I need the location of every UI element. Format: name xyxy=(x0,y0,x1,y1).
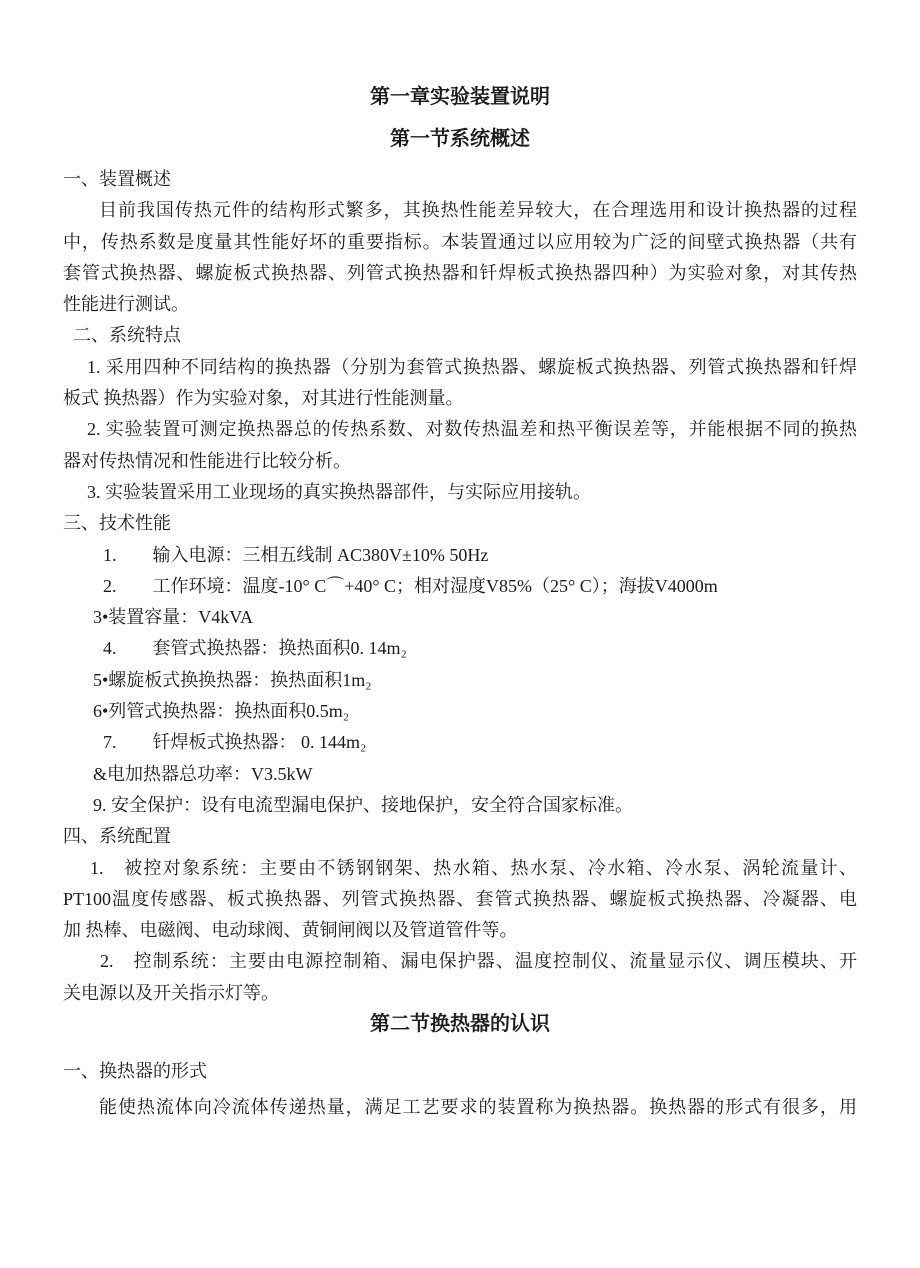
spec-line: 1. 输入电源：三相五线制 AC380V±10% 50Hz xyxy=(63,540,857,571)
overview-line: 套管式换热器、螺旋板式换热器、列管式换热器和钎焊板式换热器四种）为实验对象，对其… xyxy=(63,258,857,289)
config-line: 2. 控制系统：主要由电源控制箱、漏电保护器、温度控制仪、流量显示仪、调压模块、… xyxy=(63,946,857,977)
features-line: 3. 实验装置采用工业现场的真实换热器部件，与实际应用接轨。 xyxy=(63,477,857,508)
config-line: 关电源以及开关指示灯等。 xyxy=(63,978,857,1009)
form-subheading: 一、换热器的形式 xyxy=(63,1056,857,1087)
config-line: 加 热棒、电磁阀、电动球阀、黄铜闸阀以及管道管件等。 xyxy=(63,915,857,946)
spec-line: &电加热器总功率：V3.5kW xyxy=(63,759,857,790)
config-subheading: 四、系统配置 xyxy=(63,821,857,852)
spec-line: 3•装置容量：V4kVA xyxy=(63,602,857,633)
chapter-heading: 第一章实验装置说明 xyxy=(63,81,857,113)
spec-line: 7. 钎焊板式换热器： 0. 144m₂ xyxy=(63,727,857,758)
overview-line: 目前我国传热元件的结构形式繁多，其换热性能差异较大，在合理选用和设计换热器的过程 xyxy=(63,195,857,226)
features-line: 2. 实验装置可测定换热器总的传热系数、对数传热温差和热平衡误差等，并能根据不同… xyxy=(63,414,857,445)
specs-subheading: 三、技术性能 xyxy=(63,508,857,539)
form-line: 能使热流体向冷流体传递热量，满足工艺要求的装置称为换热器。换热器的形式有很多，用 xyxy=(63,1092,857,1123)
spec-line: 5•螺旋板式换换热器：换热面积1m₂ xyxy=(63,665,857,696)
overview-line: 性能进行测试。 xyxy=(63,289,857,320)
features-line: 板式 换热器）作为实验对象，对其进行性能测量。 xyxy=(63,383,857,414)
spec-line: 9. 安全保护：设有电流型漏电保护、接地保护，安全符合国家标准。 xyxy=(63,790,857,821)
spec-line: 4. 套管式换热器：换热面积0. 14m₂ xyxy=(63,633,857,664)
section2-heading: 第二节换热器的认识 xyxy=(63,1009,857,1040)
features-subheading: 二、系统特点 xyxy=(63,320,857,351)
overview-subheading: 一、装置概述 xyxy=(63,164,857,195)
config-line: 1. 被控对象系统：主要由不锈钢钢架、热水箱、热水泵、冷水箱、冷水泵、涡轮流量计… xyxy=(63,853,857,884)
config-line: PT100温度传感器、板式换热器、列管式换热器、套管式换热器、螺旋板式换热器、冷… xyxy=(63,884,857,915)
section1-heading: 第一节系统概述 xyxy=(63,123,857,155)
spec-line: 2. 工作环境：温度-10° C⌒+40° C；相对湿度V85%（25° C）；… xyxy=(63,571,857,602)
features-line: 器对传热情况和性能进行比较分析。 xyxy=(63,446,857,477)
overview-line: 中，传热系数是度量其性能好坏的重要指标。本装置通过以应用较为广泛的间壁式换热器（… xyxy=(63,227,857,258)
features-line: 1. 采用四种不同结构的换热器（分别为套管式换热器、螺旋板式换热器、列管式换热器… xyxy=(63,352,857,383)
document-page: 第一章实验装置说明 第一节系统概述 一、装置概述 目前我国传热元件的结构形式繁多… xyxy=(0,0,920,1268)
spec-line: 6•列管式换热器：换热面积0.5m₂ xyxy=(63,696,857,727)
